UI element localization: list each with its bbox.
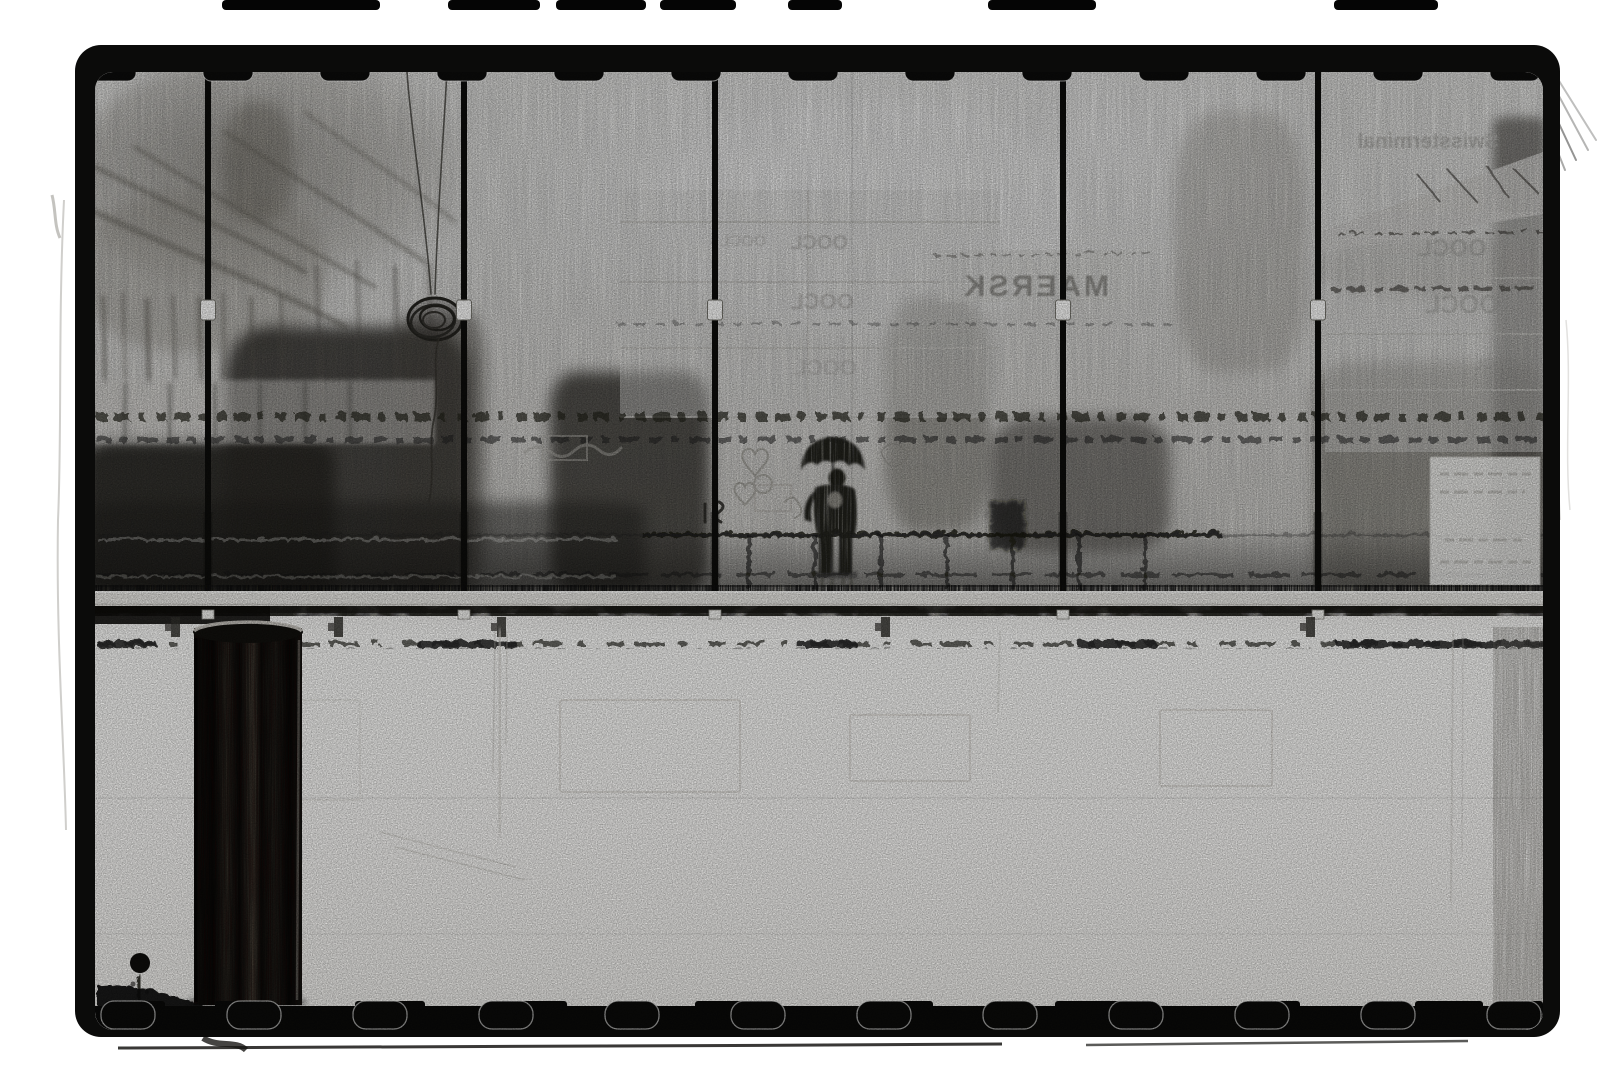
film-strip-mark (222, 0, 380, 10)
scene-detail: OOCL OOCL OOCL OOCL OOCL OOCL OOCL MAERS… (95, 72, 1543, 1030)
film-strip-mark (448, 0, 540, 10)
film-strip-mark (556, 0, 646, 10)
film-strip-mark (988, 0, 1096, 10)
film-grain (95, 72, 1543, 1030)
scratch-underline (118, 1038, 1468, 1050)
photograph: OOCL OOCL OOCL OOCL OOCL OOCL OOCL MAERS… (0, 0, 1620, 1080)
film-strip-mark (660, 0, 736, 10)
film-frame: OOCL OOCL OOCL OOCL OOCL OOCL OOCL MAERS… (75, 45, 1560, 1037)
feather-stroke (1556, 76, 1596, 140)
photo-content: OOCL OOCL OOCL OOCL OOCL OOCL OOCL MAERS… (95, 72, 1543, 1030)
film-strip-mark (788, 0, 842, 10)
film-strip-mark (1334, 0, 1438, 10)
film-strip-top-marks (222, 0, 1438, 10)
